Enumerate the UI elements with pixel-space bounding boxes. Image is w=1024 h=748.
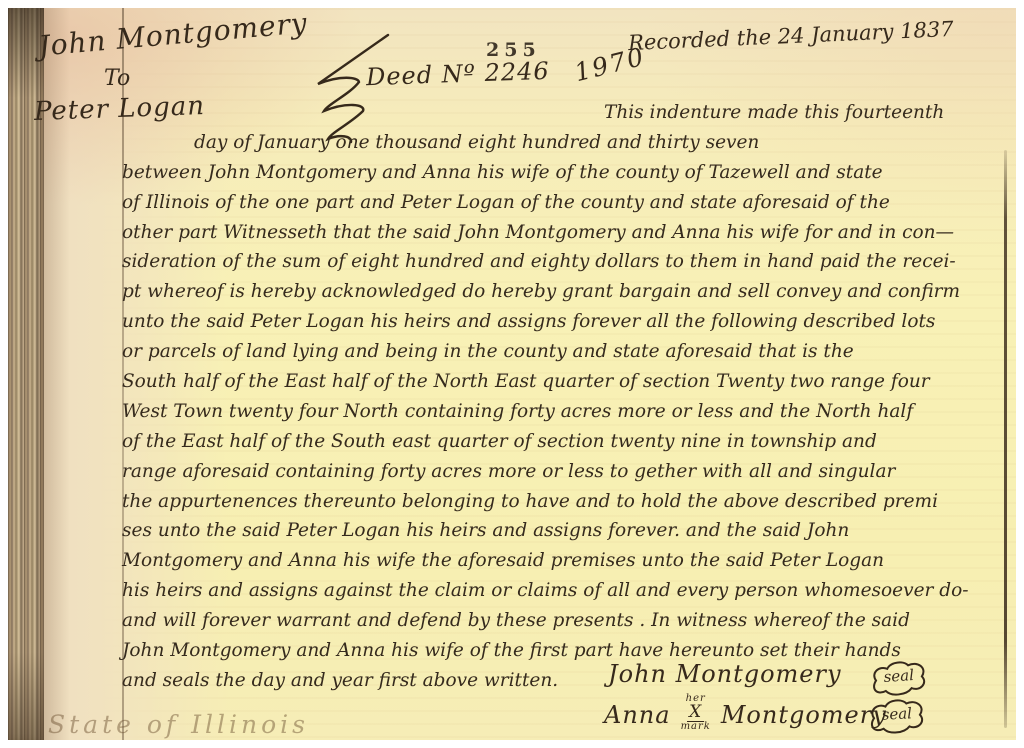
deed-body-line: range aforesaid containing forty acres m… [122,457,994,487]
deed-body-line: day of January one thousand eight hundre… [122,128,994,158]
page-edge-line [1004,150,1007,728]
signature-anna-montgomery: Anna her X mark Montgomery [604,696,887,734]
mark-x: X [687,704,704,722]
deed-body-line: This indenture made this fourteenth [122,98,994,128]
deed-page-scan: John Montgomery To Peter Logan 255 Deed … [8,8,1016,740]
deed-body-line: of Illinois of the one part and Peter Lo… [122,188,994,218]
deed-body-line: or parcels of land lying and being in th… [122,337,994,367]
mark-word-mark: mark [681,722,711,732]
deed-body-line: sideration of the sum of eight hundred a… [122,247,994,277]
seal-stamp: seal [865,696,929,737]
screenshot-root: { "document": { "page_number": "255", "r… [0,0,1024,748]
deed-body-line: the appurtenences thereunto belonging to… [122,487,994,517]
anna-name-prefix: Anna [604,701,671,729]
seal-word: seal [865,703,928,724]
deed-body-line: Montgomery and Anna his wife the aforesa… [122,546,994,576]
deed-body-text: This indenture made this fourteenth day … [122,98,994,696]
deed-body-line: other part Witnesseth that the said John… [122,218,994,248]
seal-stamp: seal [867,658,931,700]
deed-body-line: ses unto the said Peter Logan his heirs … [122,516,994,546]
anna-name-suffix: Montgomery [721,701,887,729]
recorded-note: Recorded the 24 January 1837 [628,17,954,55]
grantor-name: John Montgomery [37,8,309,63]
deed-body-line: between John Montgomery and Anna his wif… [122,158,994,188]
signature-john-montgomery: John Montgomery [608,660,842,688]
deed-body-line: John Montgomery and Anna his wife of the… [122,636,994,666]
to-label: To [104,66,130,91]
deed-body-line: unto the said Peter Logan his heirs and … [122,307,994,337]
deed-body-line: and will forever warrant and defend by t… [122,606,994,636]
deed-body-line: and seals the day and year first above w… [122,666,994,696]
deed-body-line: South half of the East half of the North… [122,367,994,397]
her-mark: her X mark [681,694,711,732]
deed-number-label: Deed Nº 2246 [366,57,551,91]
deed-body-line: his heirs and assigns against the claim … [122,576,994,606]
deed-body-line: pt whereof is hereby acknowledged do her… [122,277,994,307]
partial-next-line: State of Illinois [48,710,309,739]
deed-body-line: West Town twenty four North containing f… [122,397,994,427]
deed-body-line: of the East half of the South east quart… [122,427,994,457]
